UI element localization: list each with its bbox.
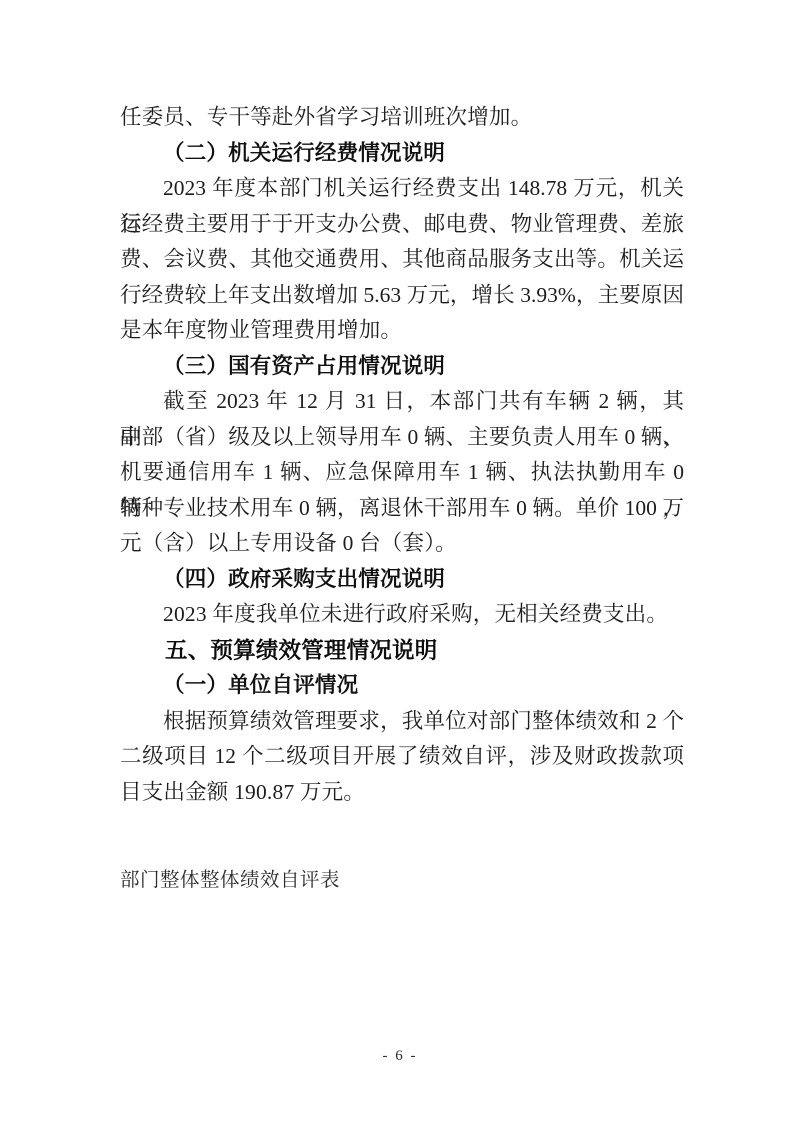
body-line: 费、会议费、其他交通费用、其他商品服务支出等。机关运 xyxy=(120,242,684,278)
document-body: 任委员、专干等赴外省学习培训班次增加。 （二）机关运行经费情况说明 2023 年… xyxy=(120,100,684,896)
body-line: 行经费主要用于于开支办公费、邮电费、物业管理费、差旅 xyxy=(120,207,684,243)
heading-self-evaluation: （一）单位自评情况 xyxy=(120,668,684,704)
body-line: 行经费较上年支出数增加 5.63 万元，增长 3.93%，主要原因 xyxy=(120,278,684,314)
body-line: 元（含）以上专用设备 0 台（套）。 xyxy=(120,526,684,562)
body-line: 任委员、专干等赴外省学习培训班次增加。 xyxy=(120,100,684,136)
body-line: 副部（省）级及以上领导用车 0 辆、主要负责人用车 0 辆、 xyxy=(120,420,684,456)
body-line: 机要通信用车 1 辆、应急保障用车 1 辆、执法执勤用车 0 辆， xyxy=(120,455,684,491)
heading-performance-management: 五、预算绩效管理情况说明 xyxy=(120,633,684,669)
body-line: 根据预算绩效管理要求，我单位对部门整体绩效和 2 个 xyxy=(120,704,684,740)
body-line: 特种专业技术用车 0 辆，离退休干部用车 0 辆。单价 100 万 xyxy=(120,491,684,527)
table-caption: 部门整体整体绩效自评表 xyxy=(120,866,684,896)
document-page: 任委员、专干等赴外省学习培训班次增加。 （二）机关运行经费情况说明 2023 年… xyxy=(0,0,800,1132)
body-line: 目支出金额 190.87 万元。 xyxy=(120,775,684,811)
body-line: 2023 年度本部门机关运行经费支出 148.78 万元，机关运 xyxy=(120,171,684,207)
heading-procurement: （四）政府采购支出情况说明 xyxy=(120,562,684,598)
heading-state-assets: （三）国有资产占用情况说明 xyxy=(120,349,684,385)
body-line: 2023 年度我单位未进行政府采购，无相关经费支出。 xyxy=(120,597,684,633)
body-line: 是本年度物业管理费用增加。 xyxy=(120,313,684,349)
body-line: 截至 2023 年 12 月 31 日，本部门共有车辆 2 辆，其中， xyxy=(120,384,684,420)
page-number: - 6 - xyxy=(0,1046,800,1066)
body-line: 二级项目 12 个二级项目开展了绩效自评，涉及财政拨款项 xyxy=(120,739,684,775)
heading-operating-costs: （二）机关运行经费情况说明 xyxy=(120,136,684,172)
